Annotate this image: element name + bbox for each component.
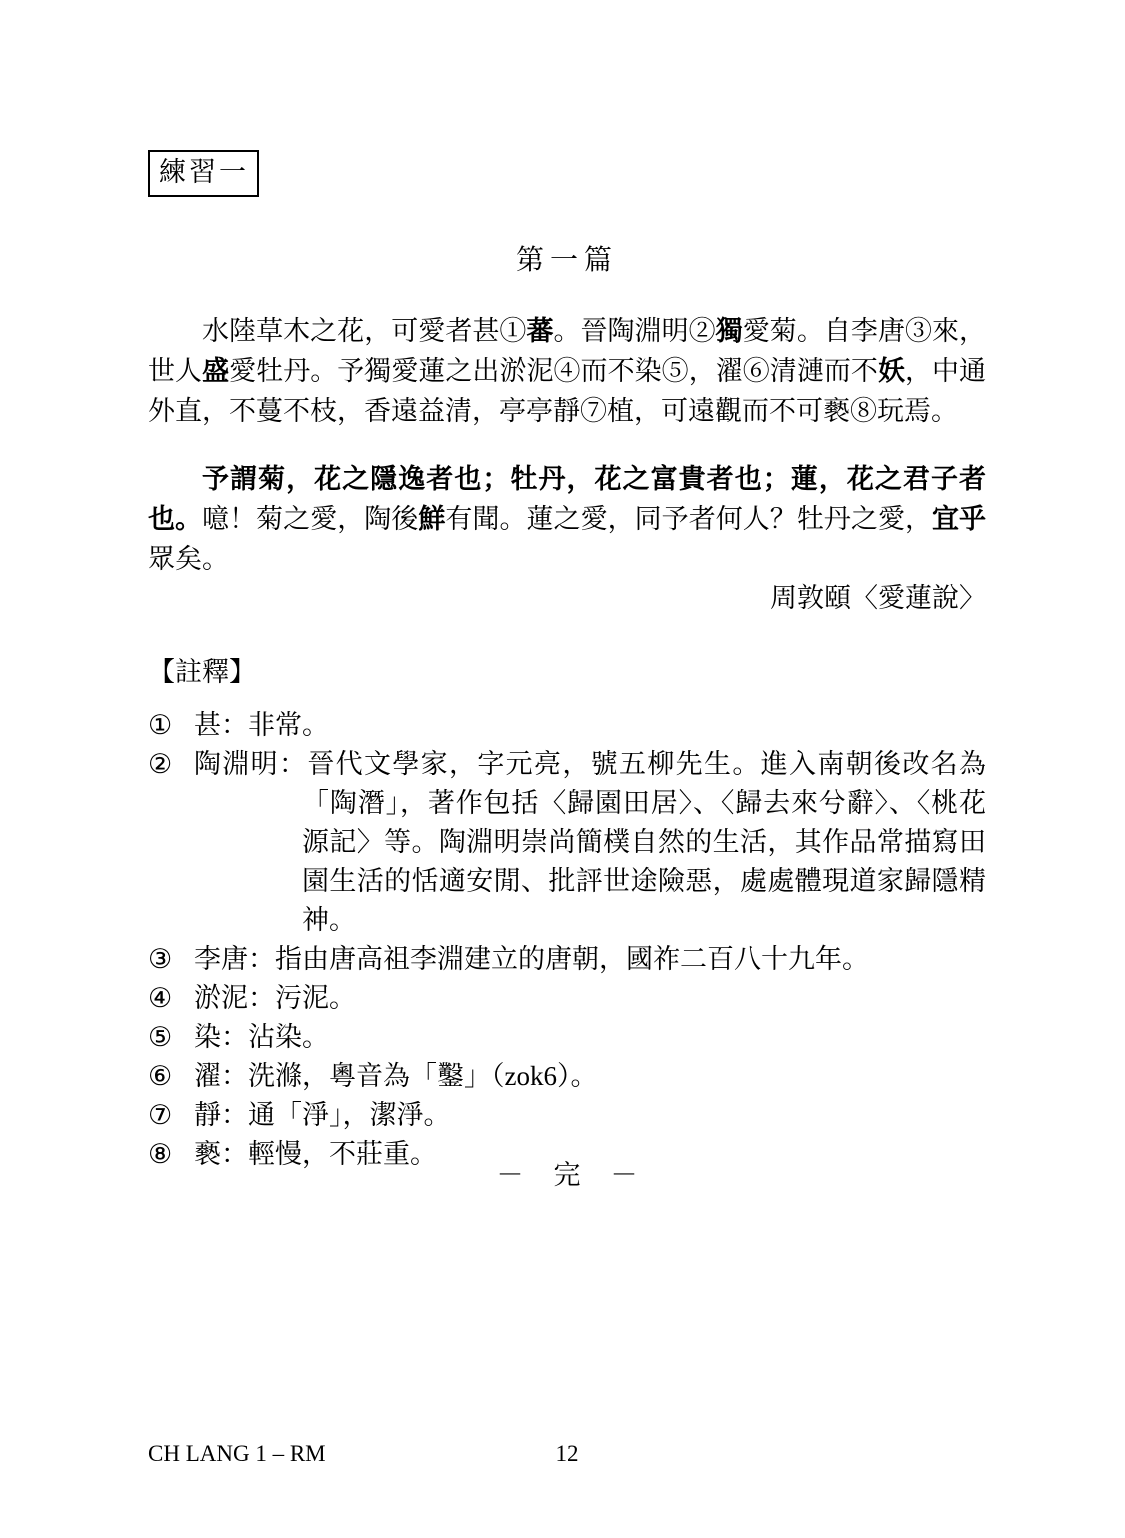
note-item: ③ 李唐：指由唐高祖李淵建立的唐朝，國祚二百八十九年。 (148, 940, 986, 979)
note-item: ④ 淤泥：污泥。 (148, 979, 986, 1018)
note-item: ⑦ 靜：通「淨」，潔淨。 (148, 1096, 986, 1135)
passage-paragraph-2: 予謂菊，花之隱逸者也；牡丹，花之富貴者也；蓮，花之君子者也。噫！菊之愛，陶後鮮有… (148, 459, 986, 579)
note-item: ① 甚：非常。 (148, 706, 986, 745)
page-content: 練習一 第一篇 水陸草木之花，可愛者甚①蕃。晉陶淵明②獨愛菊。自李唐③來，世人盛… (148, 0, 986, 1538)
note-number: ⑤ (148, 1018, 194, 1057)
exercise-box: 練習一 (148, 150, 259, 197)
text-run: 有聞。蓮之愛，同予者何人？牡丹之愛， (445, 504, 932, 534)
note-text: 染：沾染。 (194, 1018, 986, 1057)
text-run-bold: 盛 (202, 356, 229, 386)
text-run-bold: 獨 (716, 316, 743, 346)
notes-list: ① 甚：非常。 ② 陶淵明：晉代文學家，字元亮，號五柳先生。進入南朝後改名為「陶… (148, 706, 986, 1174)
text-run-bold: 蕃 (526, 316, 553, 346)
note-text: 陶淵明：晉代文學家，字元亮，號五柳先生。進入南朝後改名為「陶潛」，著作包括〈歸園… (194, 745, 986, 940)
text-run: 。晉陶淵明② (553, 316, 715, 346)
note-text: 甚：非常。 (194, 706, 986, 745)
end-mark-dash-left: － (497, 1153, 524, 1192)
end-mark-dash-right: － (611, 1153, 638, 1192)
end-mark-text: 完 (554, 1153, 581, 1192)
text-run: 眾矣。 (148, 544, 229, 574)
footer-page-number: 12 (148, 1441, 986, 1467)
end-mark: － 完 － (148, 1153, 986, 1192)
note-number: ① (148, 706, 194, 745)
note-text: 靜：通「淨」，潔淨。 (194, 1096, 986, 1135)
note-number: ④ (148, 979, 194, 1018)
note-number: ⑥ (148, 1057, 194, 1096)
notes-header: 【註釋】 (148, 650, 256, 689)
passage-attribution: 周敦頤〈愛蓮說〉 (148, 576, 986, 615)
note-number: ⑦ (148, 1096, 194, 1135)
exercise-label: 練習一 (159, 157, 249, 187)
note-item: ⑥ 濯：洗滌，粵音為「鑿」（zok6）。 (148, 1057, 986, 1096)
note-text: 濯：洗滌，粵音為「鑿」（zok6）。 (194, 1057, 986, 1096)
text-run-bold: 宜乎 (932, 504, 986, 534)
text-run-bold: 妖 (878, 356, 905, 386)
note-text: 李唐：指由唐高祖李淵建立的唐朝，國祚二百八十九年。 (194, 940, 986, 979)
passage-title: 第一篇 (148, 238, 986, 278)
note-text: 淤泥：污泥。 (194, 979, 986, 1018)
note-item: ② 陶淵明：晉代文學家，字元亮，號五柳先生。進入南朝後改名為「陶潛」，著作包括〈… (148, 745, 986, 940)
text-run-bold: 鮮 (418, 504, 445, 534)
text-run: 愛牡丹。予獨愛蓮之出淤泥④而不染⑤，濯⑥清漣而不 (229, 356, 878, 386)
text-run: 水陸草木之花，可愛者甚① (202, 316, 526, 346)
text-run: 噫！菊之愛，陶後 (202, 504, 418, 534)
document-page: 練習一 第一篇 水陸草木之花，可愛者甚①蕃。晉陶淵明②獨愛菊。自李唐③來，世人盛… (0, 0, 1125, 1538)
note-item: ⑤ 染：沾染。 (148, 1018, 986, 1057)
note-number: ② (148, 745, 194, 784)
passage-paragraph-1: 水陸草木之花，可愛者甚①蕃。晉陶淵明②獨愛菊。自李唐③來，世人盛愛牡丹。予獨愛蓮… (148, 311, 986, 431)
note-number: ③ (148, 940, 194, 979)
